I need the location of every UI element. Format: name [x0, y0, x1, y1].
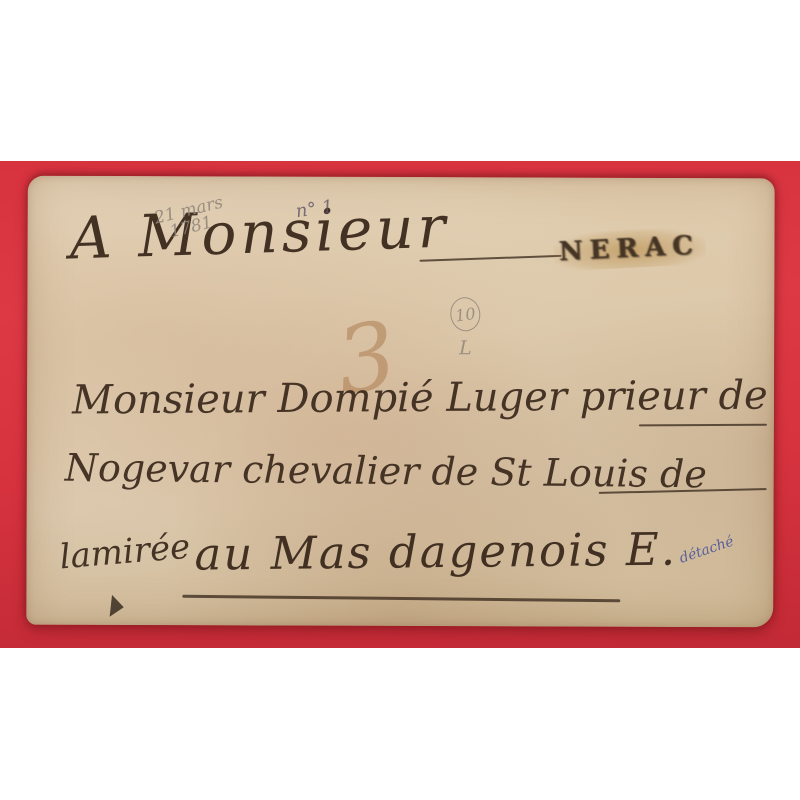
corner-notch	[110, 595, 125, 618]
envelope: A Monsieur 21 mars 1781 n° 1 NERAC 10 L …	[26, 176, 775, 628]
underline-stroke	[182, 595, 620, 603]
postmark-text: NERAC	[558, 230, 700, 267]
detache-note: détaché	[677, 533, 736, 566]
destination-underlined: au Mas dagenois E.	[194, 523, 677, 581]
circled-rate-mark: 10	[448, 295, 482, 333]
address-line-3-prefix: lamirée	[58, 527, 192, 578]
salutation-script: A Monsieur	[69, 193, 451, 273]
address-line-2: Nogevar chevalier de St Louis de	[65, 446, 708, 497]
address-line-1: Monsieur Dompié Luger prieur de	[72, 373, 768, 424]
rate-letter-mark: L	[459, 337, 472, 359]
nerac-postmark: NERAC	[553, 226, 707, 271]
photo-page: A Monsieur 21 mars 1781 n° 1 NERAC 10 L …	[0, 0, 800, 800]
photo-background: A Monsieur 21 mars 1781 n° 1 NERAC 10 L …	[0, 161, 800, 648]
flourish-line	[639, 424, 767, 427]
